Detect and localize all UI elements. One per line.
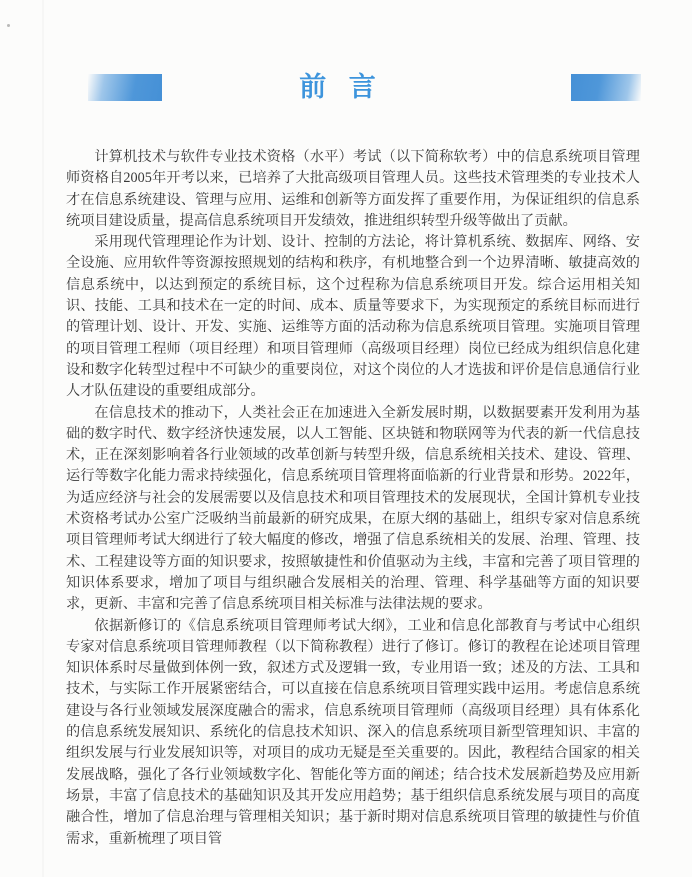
scan-artifact-line — [42, 0, 44, 877]
preface-body: 计算机技术与软件专业技术资格（水平）考试（以下简称软考）中的信息系统项目管理师资… — [66, 147, 640, 850]
preface-paragraph-4: 依据新修订的《信息系统项目管理师考试大纲》，工业和信息化部教育与考试中心组织专家… — [66, 616, 640, 850]
right-accent-bar — [571, 74, 641, 101]
preface-paragraph-2: 采用现代管理理论作为计划、设计、控制的方法论，将计算机系统、数据库、网络、安全设… — [66, 232, 640, 402]
preface-paragraph-3: 在信息技术的推动下，人类社会正在加速进入全新发展时期，以数据要素开发利用为基础的… — [66, 403, 640, 616]
scan-artifact-speck — [7, 24, 10, 27]
preface-page: 前 言 计算机技术与软件专业技术资格（水平）考试（以下简称软考）中的信息系统项目… — [0, 0, 692, 877]
preface-header: 前 言 — [0, 70, 692, 104]
preface-paragraph-1: 计算机技术与软件专业技术资格（水平）考试（以下简称软考）中的信息系统项目管理师资… — [66, 147, 640, 232]
